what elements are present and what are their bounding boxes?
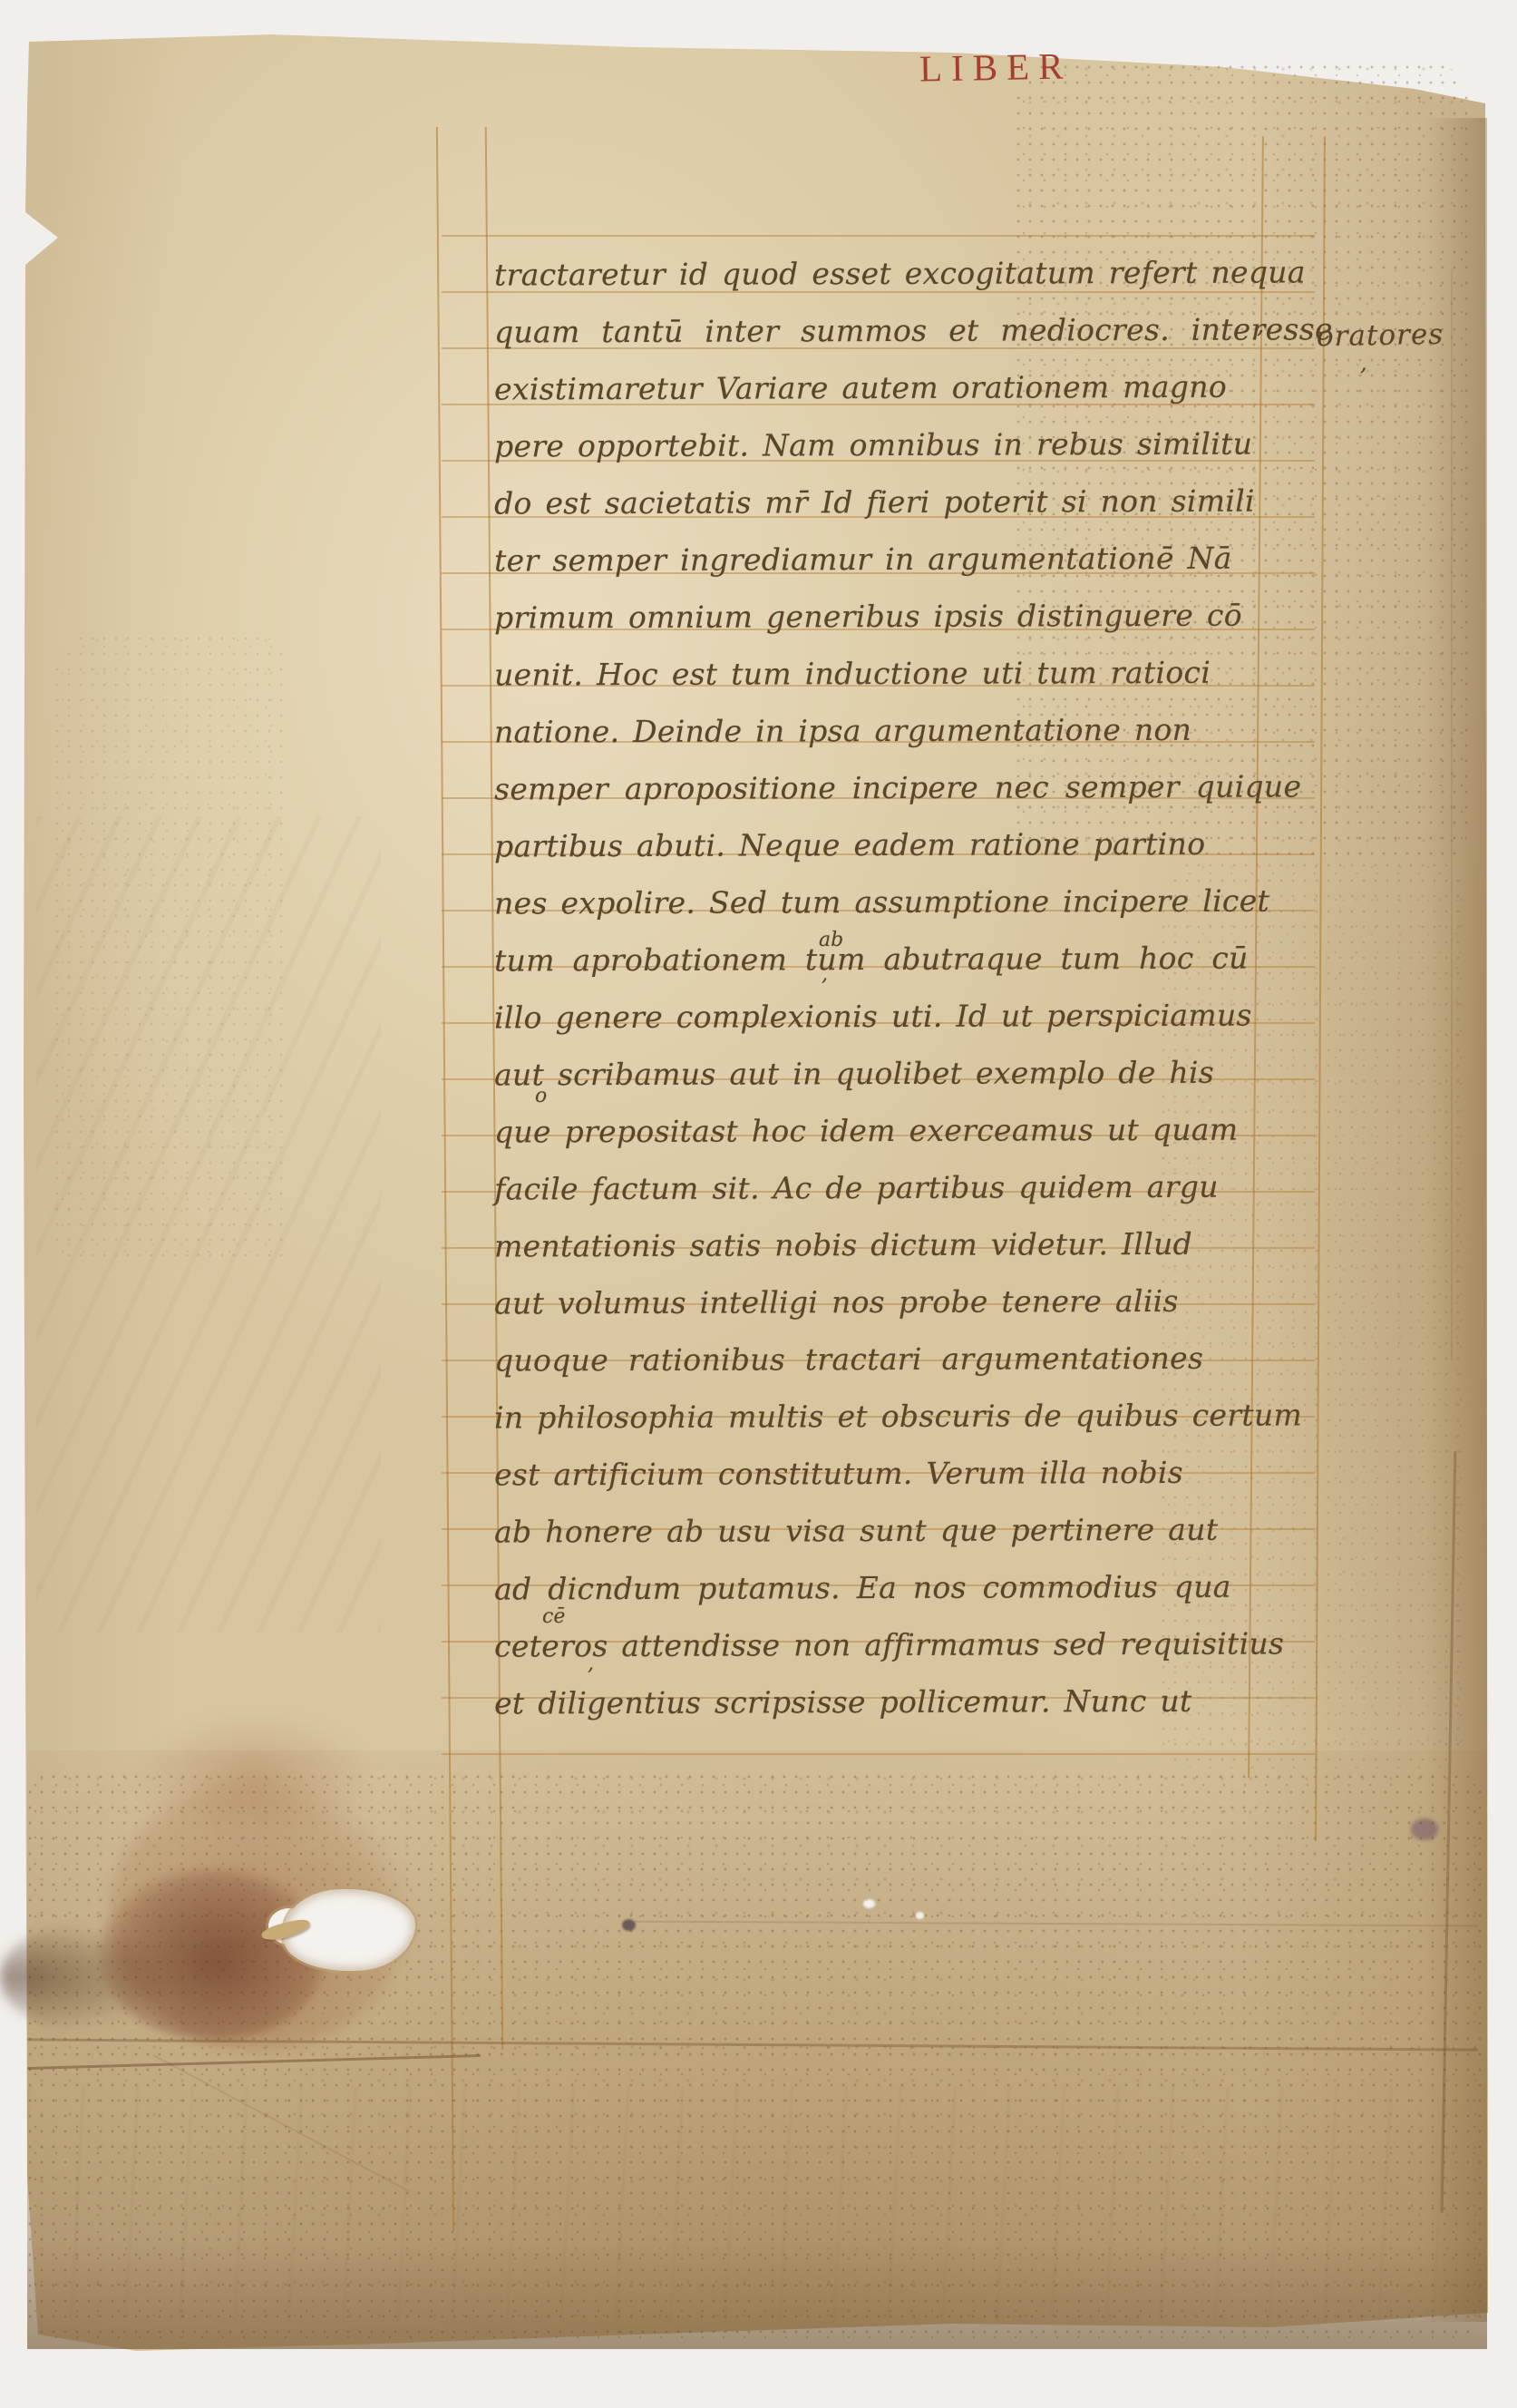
running-title: LIBER [919, 44, 1073, 91]
manuscript-line: pere opportebit. Nam omnibus in rebus si… [494, 405, 1276, 464]
manuscript-line: ceteros attendisse non affirmamus sed re… [494, 1604, 1276, 1664]
manuscript-line: partibus abuti. Neque eadem ratione part… [494, 804, 1276, 864]
manuscript-line: primum omnium generibus ipsis distinguer… [494, 576, 1276, 636]
interlinear-insertion: o [535, 1085, 547, 1107]
insertion-caret: , [822, 963, 828, 986]
manuscript-line: existimaretur Variare autem orationem ma… [494, 347, 1276, 407]
manuscript-line: uenit. Hoc est tum inductione uti tum ra… [494, 633, 1276, 693]
manuscript-line: ab honere ab usu visa sunt que pertinere… [494, 1490, 1276, 1550]
manuscript-line: que prepositast hoc idem exerceamus ut q… [494, 1090, 1276, 1150]
insertion-caret: , [1257, 312, 1264, 339]
manuscript-line: semper apropositione incipere nec semper… [494, 747, 1276, 807]
margin-note: oratores [1317, 318, 1444, 353]
interlinear-insertion: ab [819, 929, 843, 951]
manuscript-line: est artificium constitutum. Verum illa n… [494, 1433, 1276, 1493]
manuscript-line: facile factum sit. Ac de partibus quidem… [494, 1147, 1276, 1207]
scanned-manuscript-page: LIBER tractaretur id quod esset excogita… [0, 0, 1517, 2408]
insertion-caret: , [588, 1652, 594, 1675]
manuscript-line: et diligentius scripsisse pollicemur. Nu… [494, 1662, 1276, 1721]
manuscript-line: ad dicndum putamus. Ea nos commodius qua [494, 1547, 1276, 1607]
manuscript-line: tum aprobationem tum abutraque tum hoc c… [494, 919, 1276, 979]
manuscript-line: illo genere complexionis uti. Id ut pers… [494, 976, 1276, 1036]
text-block: tractaretur id quod esset excogitatum re… [494, 235, 1276, 1721]
manuscript-line: do est sacietatis mr̄ Id fieri poterit s… [494, 462, 1276, 522]
manuscript-line: ter semper ingrediamur in argumentationē… [494, 519, 1276, 579]
manuscript-line: mentationis satis nobis dictum videtur. … [494, 1204, 1276, 1264]
manuscript-line: nes expolire. Sed tum assumptione incipe… [494, 862, 1276, 921]
manuscript-line: quam tantū inter summos et mediocres. in… [494, 290, 1276, 350]
interlinear-insertion: cē [542, 1605, 565, 1628]
manuscript-line: quoque rationibus tractari argumentation… [494, 1319, 1276, 1379]
insertion-caret: , [1360, 350, 1367, 375]
manuscript-line: natione. Deinde in ipsa argumentatione n… [494, 690, 1276, 750]
manuscript-line: tractaretur id quod esset excogitatum re… [494, 233, 1276, 293]
manuscript-line: in philosophia multis et obscuris de qui… [494, 1376, 1276, 1436]
manuscript-line: aut volumus intelligi nos probe tenere a… [494, 1262, 1276, 1321]
manuscript-line: aut scribamus aut in quolibet exemplo de… [494, 1033, 1276, 1093]
